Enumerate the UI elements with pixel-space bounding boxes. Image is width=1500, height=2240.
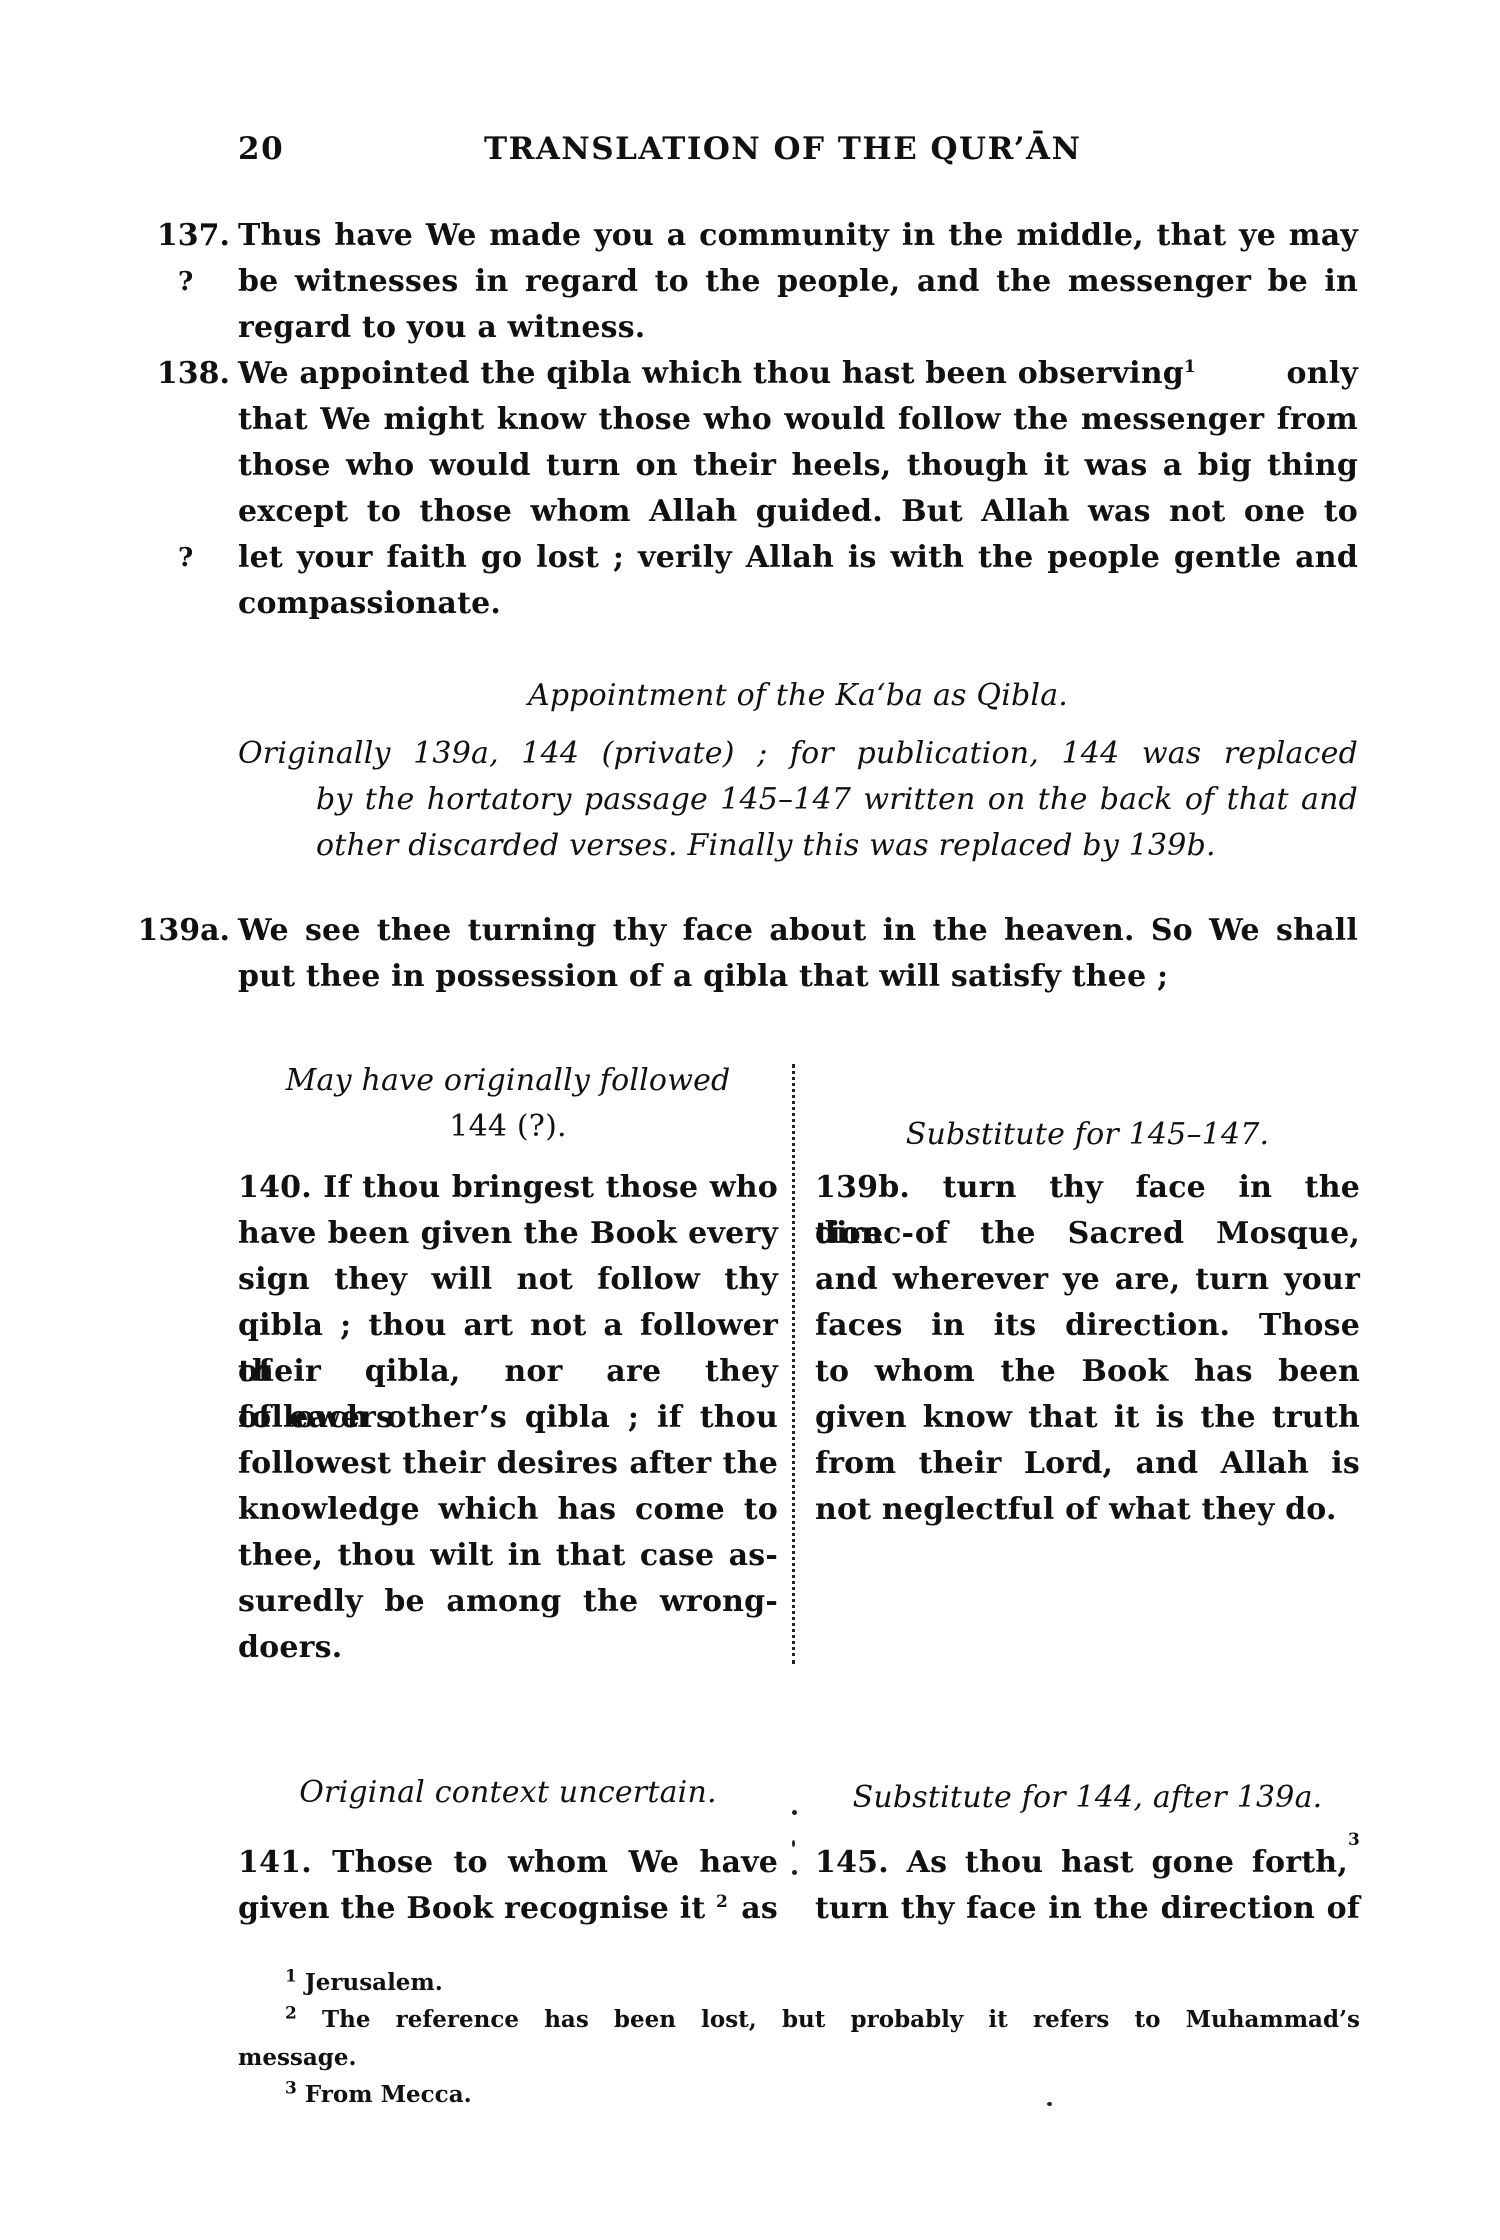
verse-137-line: Thus have We made you a community in the… [238,213,1358,259]
verse-number-137: 137. [150,213,230,259]
verse-139a-line: put thee in possession of a qibla that w… [238,954,1168,1000]
verse-139b-line: from their Lord, and Allah is [815,1441,1360,1487]
verse-140-line: 140. If thou bringest those who [238,1165,778,1211]
section-title: Appointment of the Ka‘ba as Qibla. [238,673,1358,719]
page-number: 20 [238,126,284,172]
divider-dot [792,1810,797,1815]
verse-140-line: sign they will not follow thy [238,1257,778,1303]
footnote-2: 2 The reference has been lost, but proba… [285,2005,1360,2035]
footnote-ref-2[interactable]: 2 [716,1892,728,1912]
running-title: TRANSLATION OF THE QUR’ĀN [484,126,1081,172]
footnote-1: 1 Jerusalem. [285,1968,443,1998]
verse-139b-line: not neglectful of what they do. [815,1487,1337,1533]
footnote-ref-1[interactable]: 1 [1184,357,1196,377]
verse-139a-line: We see thee turning thy face about in th… [238,908,1358,954]
verse-138-line: compassionate. [238,581,501,627]
footnote-2-continuation: message. [238,2043,357,2073]
column-heading: Original context uncertain. [238,1770,778,1816]
verse-139b-line: given know that it is the truth [815,1395,1360,1441]
verse-139b-line: and wherever ye are, turn your [815,1257,1360,1303]
verse-140-line: doers. [238,1625,342,1671]
verse-140-line: of each other’s qibla ; if thou [238,1395,778,1441]
uncertain-marker: ? [178,535,193,581]
verse-138-line: that We might know those who would follo… [238,397,1358,443]
verse-139b-line: tion of the Sacred Mosque, [815,1211,1360,1257]
verse-141-line: 141. Those to whom We have [238,1840,778,1886]
verse-140-line: suredly be among the wrong- [238,1579,778,1625]
verse-138-line: those who would turn on their heels, tho… [238,443,1358,489]
section-note-line: other discarded verses. Finally this was… [316,823,1216,869]
uncertain-marker: ? [178,259,193,305]
divider-dot [792,1870,797,1875]
column-heading: 144 (?). [238,1104,778,1150]
verse-number-138: 138. [150,351,230,397]
section-note-line: by the hortatory passage 145–147 written… [316,777,1358,823]
verse-140-line: thee, thou wilt in that case as- [238,1533,778,1579]
section-note-line: Originally 139a, 144 (private) ; for pub… [238,731,1358,777]
footnote-ref-3[interactable]: 3 [1348,1840,1360,1886]
verse-137-line: be witnesses in regard to the people, an… [238,259,1358,305]
verse-138-line: except to those whom Allah guided. But A… [238,489,1358,535]
stray-mark [1047,2102,1052,2106]
footnote-3: 3 From Mecca. [285,2080,472,2110]
column-divider [792,1064,795,1664]
verse-138-text: only [1287,351,1358,397]
verse-139b-line: to whom the Book has been [815,1349,1360,1395]
column-heading: May have originally followed [238,1058,778,1104]
verse-number-139a: 139a. [130,908,230,954]
verse-141-line: given the Book recognise it 2 as [238,1886,778,1932]
verse-138-line: We appointed the qibla which thou hast b… [238,351,1358,397]
column-heading: Substitute for 144, after 139a. [815,1775,1360,1821]
column-heading: Substitute for 145–147. [815,1112,1360,1158]
verse-138-text: We appointed the qibla which thou hast b… [238,356,1184,391]
verse-137-line: regard to you a witness. [238,305,645,351]
book-page: 20 TRANSLATION OF THE QUR’ĀN 137. ? Thus… [0,0,1500,2240]
verse-145-line: turn thy face in the direction of [815,1886,1360,1932]
divider-dot [792,1840,795,1847]
verse-139b-line: faces in its direction. Those [815,1303,1360,1349]
verse-140-line: followest their desires after the [238,1441,778,1487]
verse-140-line: have been given the Book every [238,1211,778,1257]
verse-145-line: 145. As thou hast gone forth,3 [815,1840,1360,1886]
verse-140-line: knowledge which has come to [238,1487,778,1533]
verse-138-line: let your faith go lost ; verily Allah is… [238,535,1358,581]
